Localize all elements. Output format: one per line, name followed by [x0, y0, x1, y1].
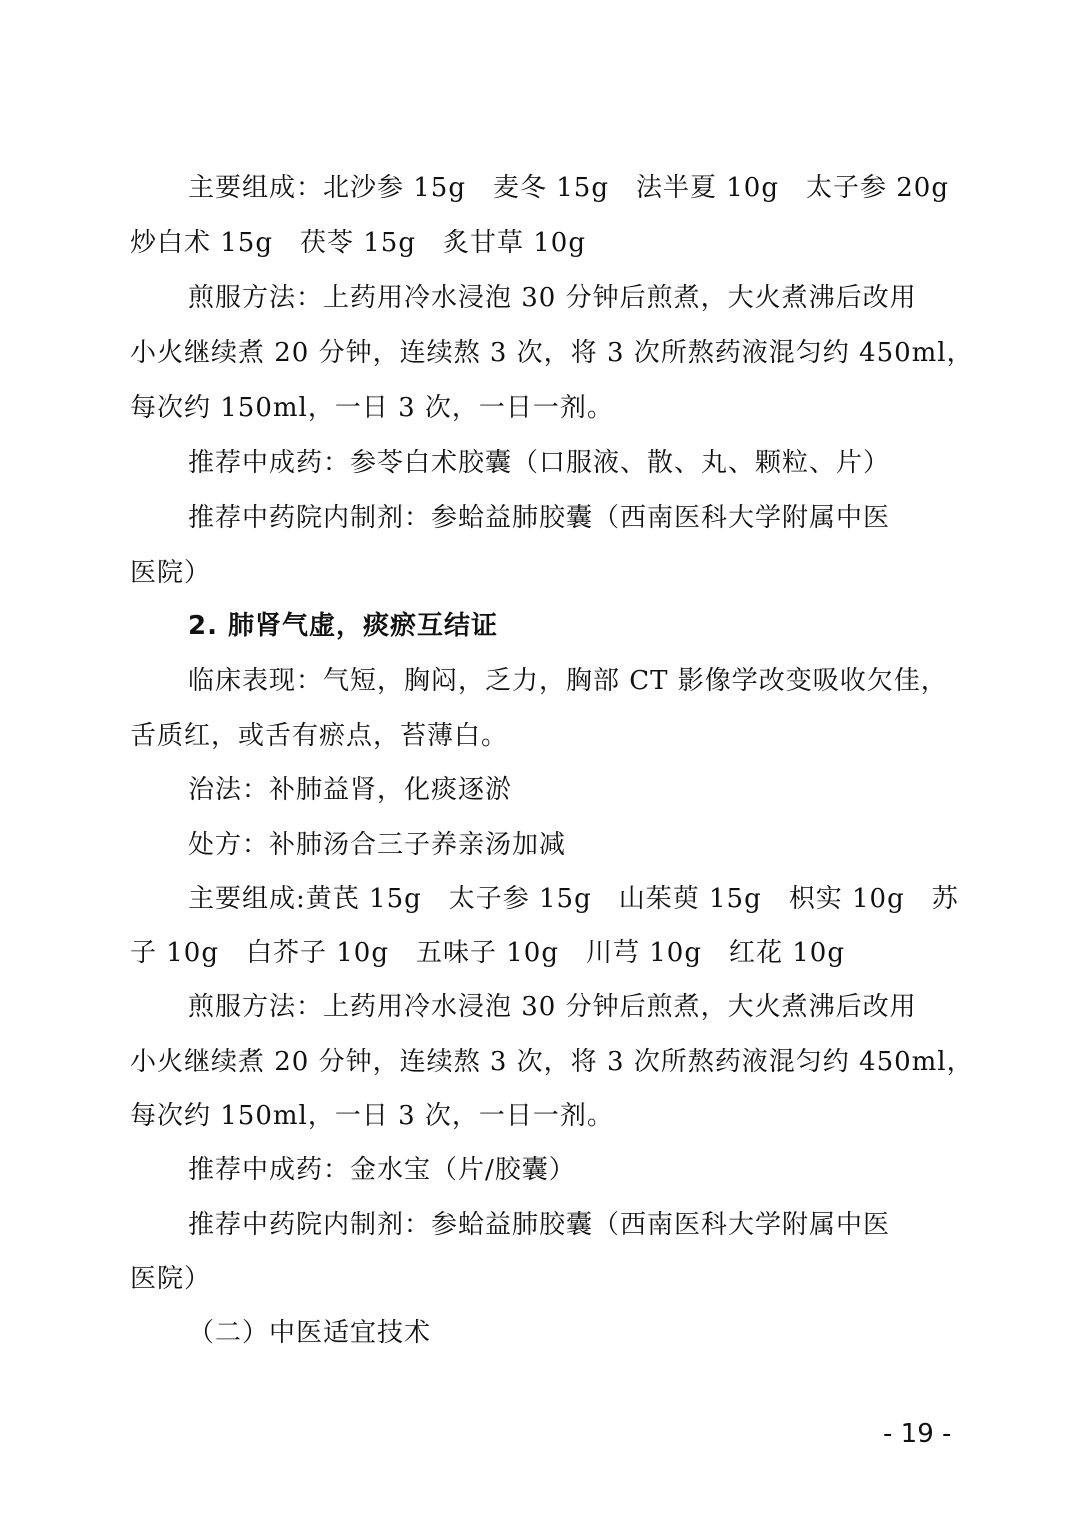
- decoction-method-2-line-2: 小火继续煮 20 分钟，连续熬 3 次，将 3 次所熬药液混匀约 450ml，: [130, 1045, 974, 1079]
- composition-line-2: 炒白术 15g 茯苓 15g 炙甘草 10g: [130, 226, 586, 260]
- composition-2-line-1: 主要组成:黄芪 15g 太子参 15g 山茱萸 15g 枳实 10g 苏: [188, 882, 959, 916]
- clinical-manifestation-line-1: 临床表现：气短，胸闷，乏力，胸部 CT 影像学改变吸收欠佳，: [188, 664, 948, 698]
- hospital-preparation-2-line-1: 推荐中药院内制剂：参蛤益肺胶囊（西南医科大学附属中医: [188, 1208, 890, 1242]
- decoction-method-line-3: 每次约 150ml，一日 3 次，一日一剂。: [130, 391, 614, 425]
- hospital-preparation-line-1: 推荐中药院内制剂：参蛤益肺胶囊（西南医科大学附属中医: [188, 501, 890, 535]
- page-number: - 19 -: [883, 1418, 951, 1450]
- recommended-patent-medicine-2: 推荐中成药：金水宝（片/胶囊）: [188, 1153, 576, 1187]
- treatment-method: 治法：补肺益肾，化痰逐淤: [188, 773, 512, 807]
- recommended-patent-medicine: 推荐中成药：参苓白术胶囊（口服液、散、丸、颗粒、片）: [188, 446, 890, 480]
- decoction-method-line-1: 煎服方法：上药用冷水浸泡 30 分钟后煎煮，大火煮沸后改用: [188, 281, 917, 315]
- decoction-method-2-line-1: 煎服方法：上药用冷水浸泡 30 分钟后煎煮，大火煮沸后改用: [188, 990, 917, 1024]
- section-heading-syndrome-2: 2. 肺肾气虚，痰瘀互结证: [188, 609, 498, 643]
- decoction-method-2-line-3: 每次约 150ml，一日 3 次，一日一剂。: [130, 1099, 614, 1133]
- composition-line-1: 主要组成：北沙参 15g 麦冬 15g 法半夏 10g 太子参 20g: [188, 171, 949, 205]
- composition-2-line-2: 子 10g 白芥子 10g 五味子 10g 川芎 10g 红花 10g: [130, 936, 845, 970]
- prescription: 处方：补肺汤合三子养亲汤加减: [188, 828, 566, 862]
- decoction-method-line-2: 小火继续煮 20 分钟，连续熬 3 次，将 3 次所熬药液混匀约 450ml，: [130, 336, 974, 370]
- clinical-manifestation-line-2: 舌质红，或舌有瘀点，苔薄白。: [130, 719, 508, 753]
- hospital-preparation-line-2: 医院）: [130, 556, 211, 590]
- document-page: 主要组成：北沙参 15g 麦冬 15g 法半夏 10g 太子参 20g 炒白术 …: [0, 0, 1080, 1528]
- section-heading-tcm-techniques: （二）中医适宜技术: [188, 1316, 431, 1350]
- hospital-preparation-2-line-2: 医院）: [130, 1262, 211, 1296]
